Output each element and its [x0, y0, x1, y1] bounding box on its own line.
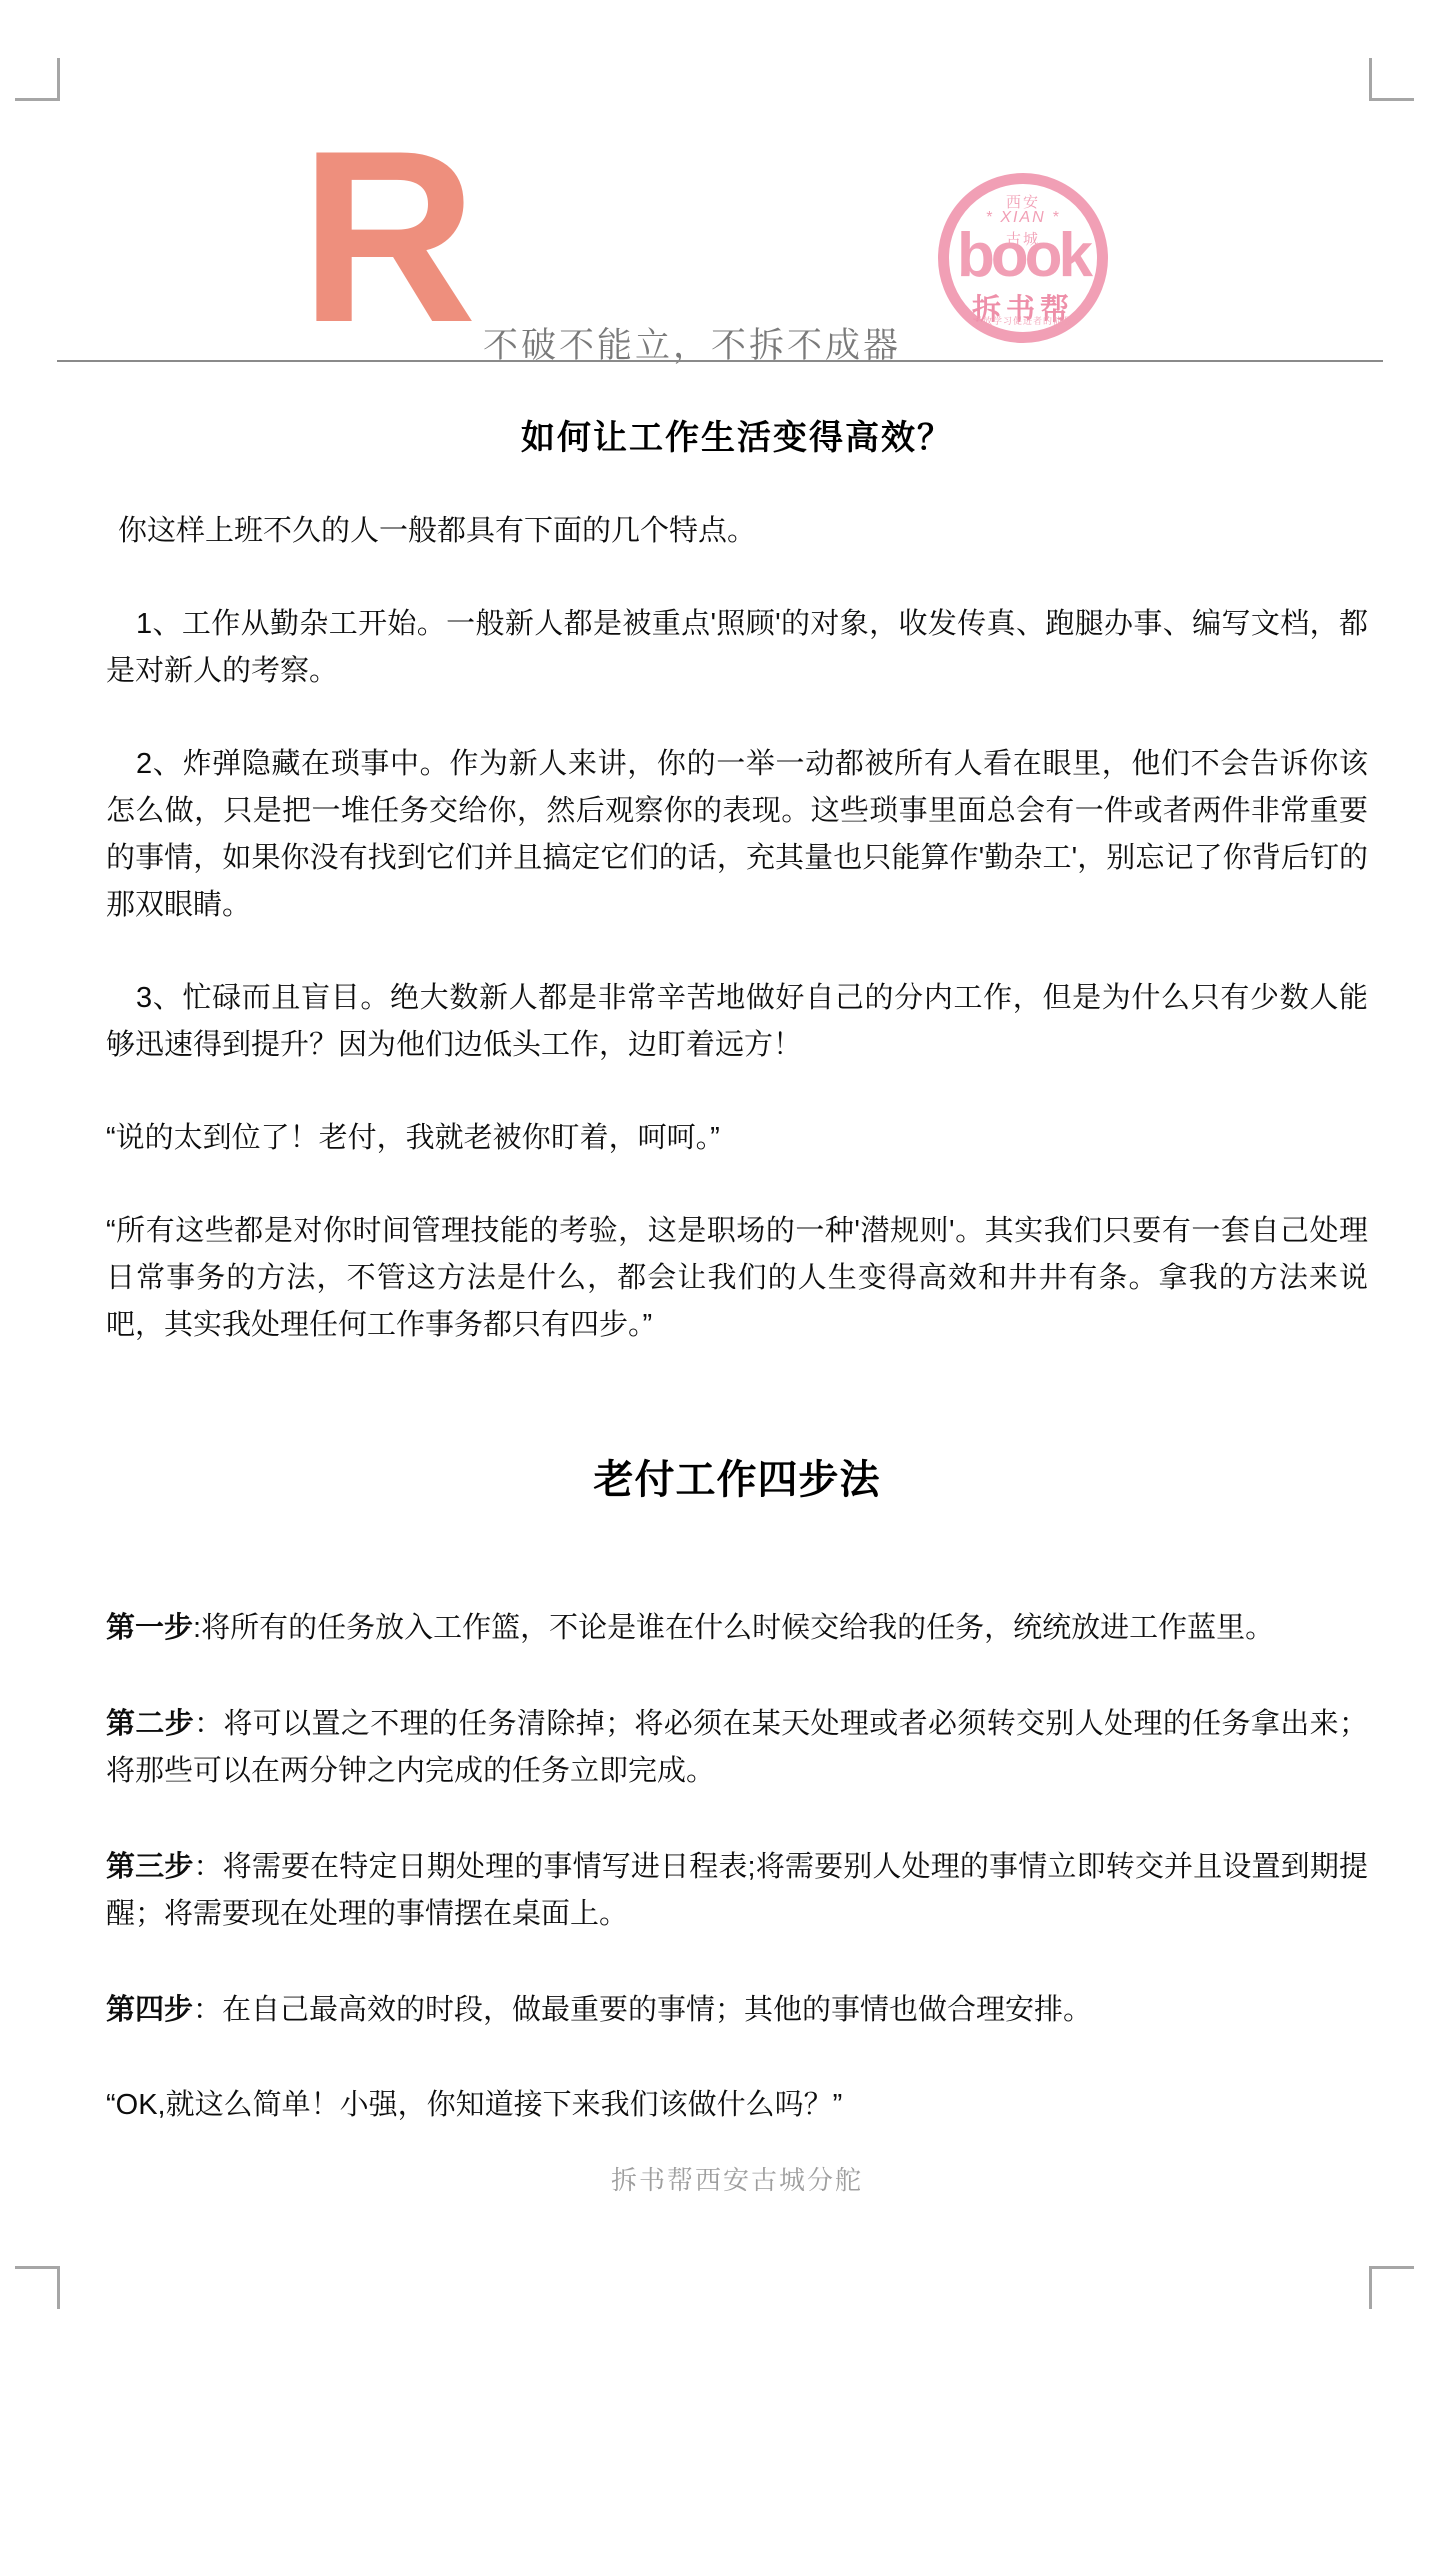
- closing-quote: “OK,就这么简单！小强，你知道接下来我们该做什么吗？”: [106, 2082, 1368, 2129]
- step-2-text: 将可以置之不理的任务清除掉；将必须在某天处理或者必须转交别人处理的任务拿出来；将…: [106, 1708, 1368, 1787]
- article-body: 如何让工作生活变得高效？ 你这样上班不久的人一般都具有下面的几个特点。 1、工作…: [0, 415, 1440, 2196]
- badge-book-wordmark: book: [930, 223, 1116, 289]
- header-divider: [57, 360, 1383, 362]
- step-4-colon: ：: [193, 1994, 222, 2026]
- badge-slogan: 释放学习促进者的能量: [938, 314, 1108, 327]
- step-3-colon: ：: [193, 1851, 222, 1883]
- step-2-colon: ：: [194, 1708, 223, 1740]
- step-3-text: 将需要在特定日期处理的事情写进日程表;将需要别人处理的事情立即转交并且设置到期提…: [106, 1851, 1368, 1930]
- chaishubang-badge: 西安 * XIAN * 古城 book 拆书帮 释放学习促进者的能量: [938, 171, 1108, 351]
- step-1: 第一步:将所有的任务放入工作篮，不论是谁在什么时候交给我的任务，统统放进工作蓝里…: [106, 1605, 1368, 1652]
- feature-paragraph-2: 2、炸弹隐藏在琐事中。作为新人来讲，你的一举一动都被所有人看在眼里，他们不会告诉…: [106, 741, 1368, 929]
- step-2-label: 第二步: [106, 1708, 194, 1740]
- step-1-text: 将所有的任务放入工作篮，不论是谁在什么时候交给我的任务，统统放进工作蓝里。: [201, 1612, 1274, 1644]
- step-1-colon: :: [193, 1612, 201, 1644]
- step-3-label: 第三步: [106, 1851, 193, 1883]
- page-title: 如何让工作生活变得高效？: [106, 415, 1368, 462]
- feature-paragraph-3: 3、忙碌而且盲目。绝大数新人都是非常辛苦地做好自己的分内工作，但是为什么只有少数…: [106, 975, 1368, 1069]
- step-4-text: 在自己最高效的时段，做最重要的事情；其他的事情也做合理安排。: [222, 1994, 1092, 2026]
- document-page: R 不破不能立，不拆不成器 西安 * XIAN * 古城 book 拆书帮 释放…: [0, 0, 1440, 2560]
- dialogue-quote-2: “所有这些都是对你时间管理技能的考验，这是职场的一种'潜规则'。其实我们只要有一…: [106, 1208, 1368, 1349]
- dialogue-quote-1: “说的太到位了！老付，我就老被你盯着，呵呵。”: [106, 1115, 1368, 1162]
- crop-mark-bottom-left: [15, 2266, 60, 2309]
- step-3: 第三步：将需要在特定日期处理的事情写进日程表;将需要别人处理的事情立即转交并且设…: [106, 1844, 1368, 1938]
- feature-paragraph-1: 1、工作从勤杂工开始。一般新人都是被重点'照顾'的对象，收发传真、跑腿办事、编写…: [106, 601, 1368, 695]
- r-logo-letter: R: [300, 145, 468, 327]
- intro-paragraph: 你这样上班不久的人一般都具有下面的几个特点。: [106, 508, 1368, 555]
- step-1-label: 第一步: [106, 1612, 193, 1644]
- footer-credit: 拆书帮西安古城分舵: [106, 2164, 1368, 2196]
- step-2: 第二步：将可以置之不理的任务清除掉；将必须在某天处理或者必须转交别人处理的任务拿…: [106, 1701, 1368, 1795]
- step-4: 第四步：在自己最高效的时段，做最重要的事情；其他的事情也做合理安排。: [106, 1987, 1368, 2034]
- page-header: R 不破不能立，不拆不成器 西安 * XIAN * 古城 book 拆书帮 释放…: [0, 0, 1440, 362]
- step-4-label: 第四步: [106, 1994, 193, 2026]
- section-heading: 老付工作四步法: [106, 1452, 1368, 1508]
- crop-mark-bottom-right: [1369, 2266, 1414, 2309]
